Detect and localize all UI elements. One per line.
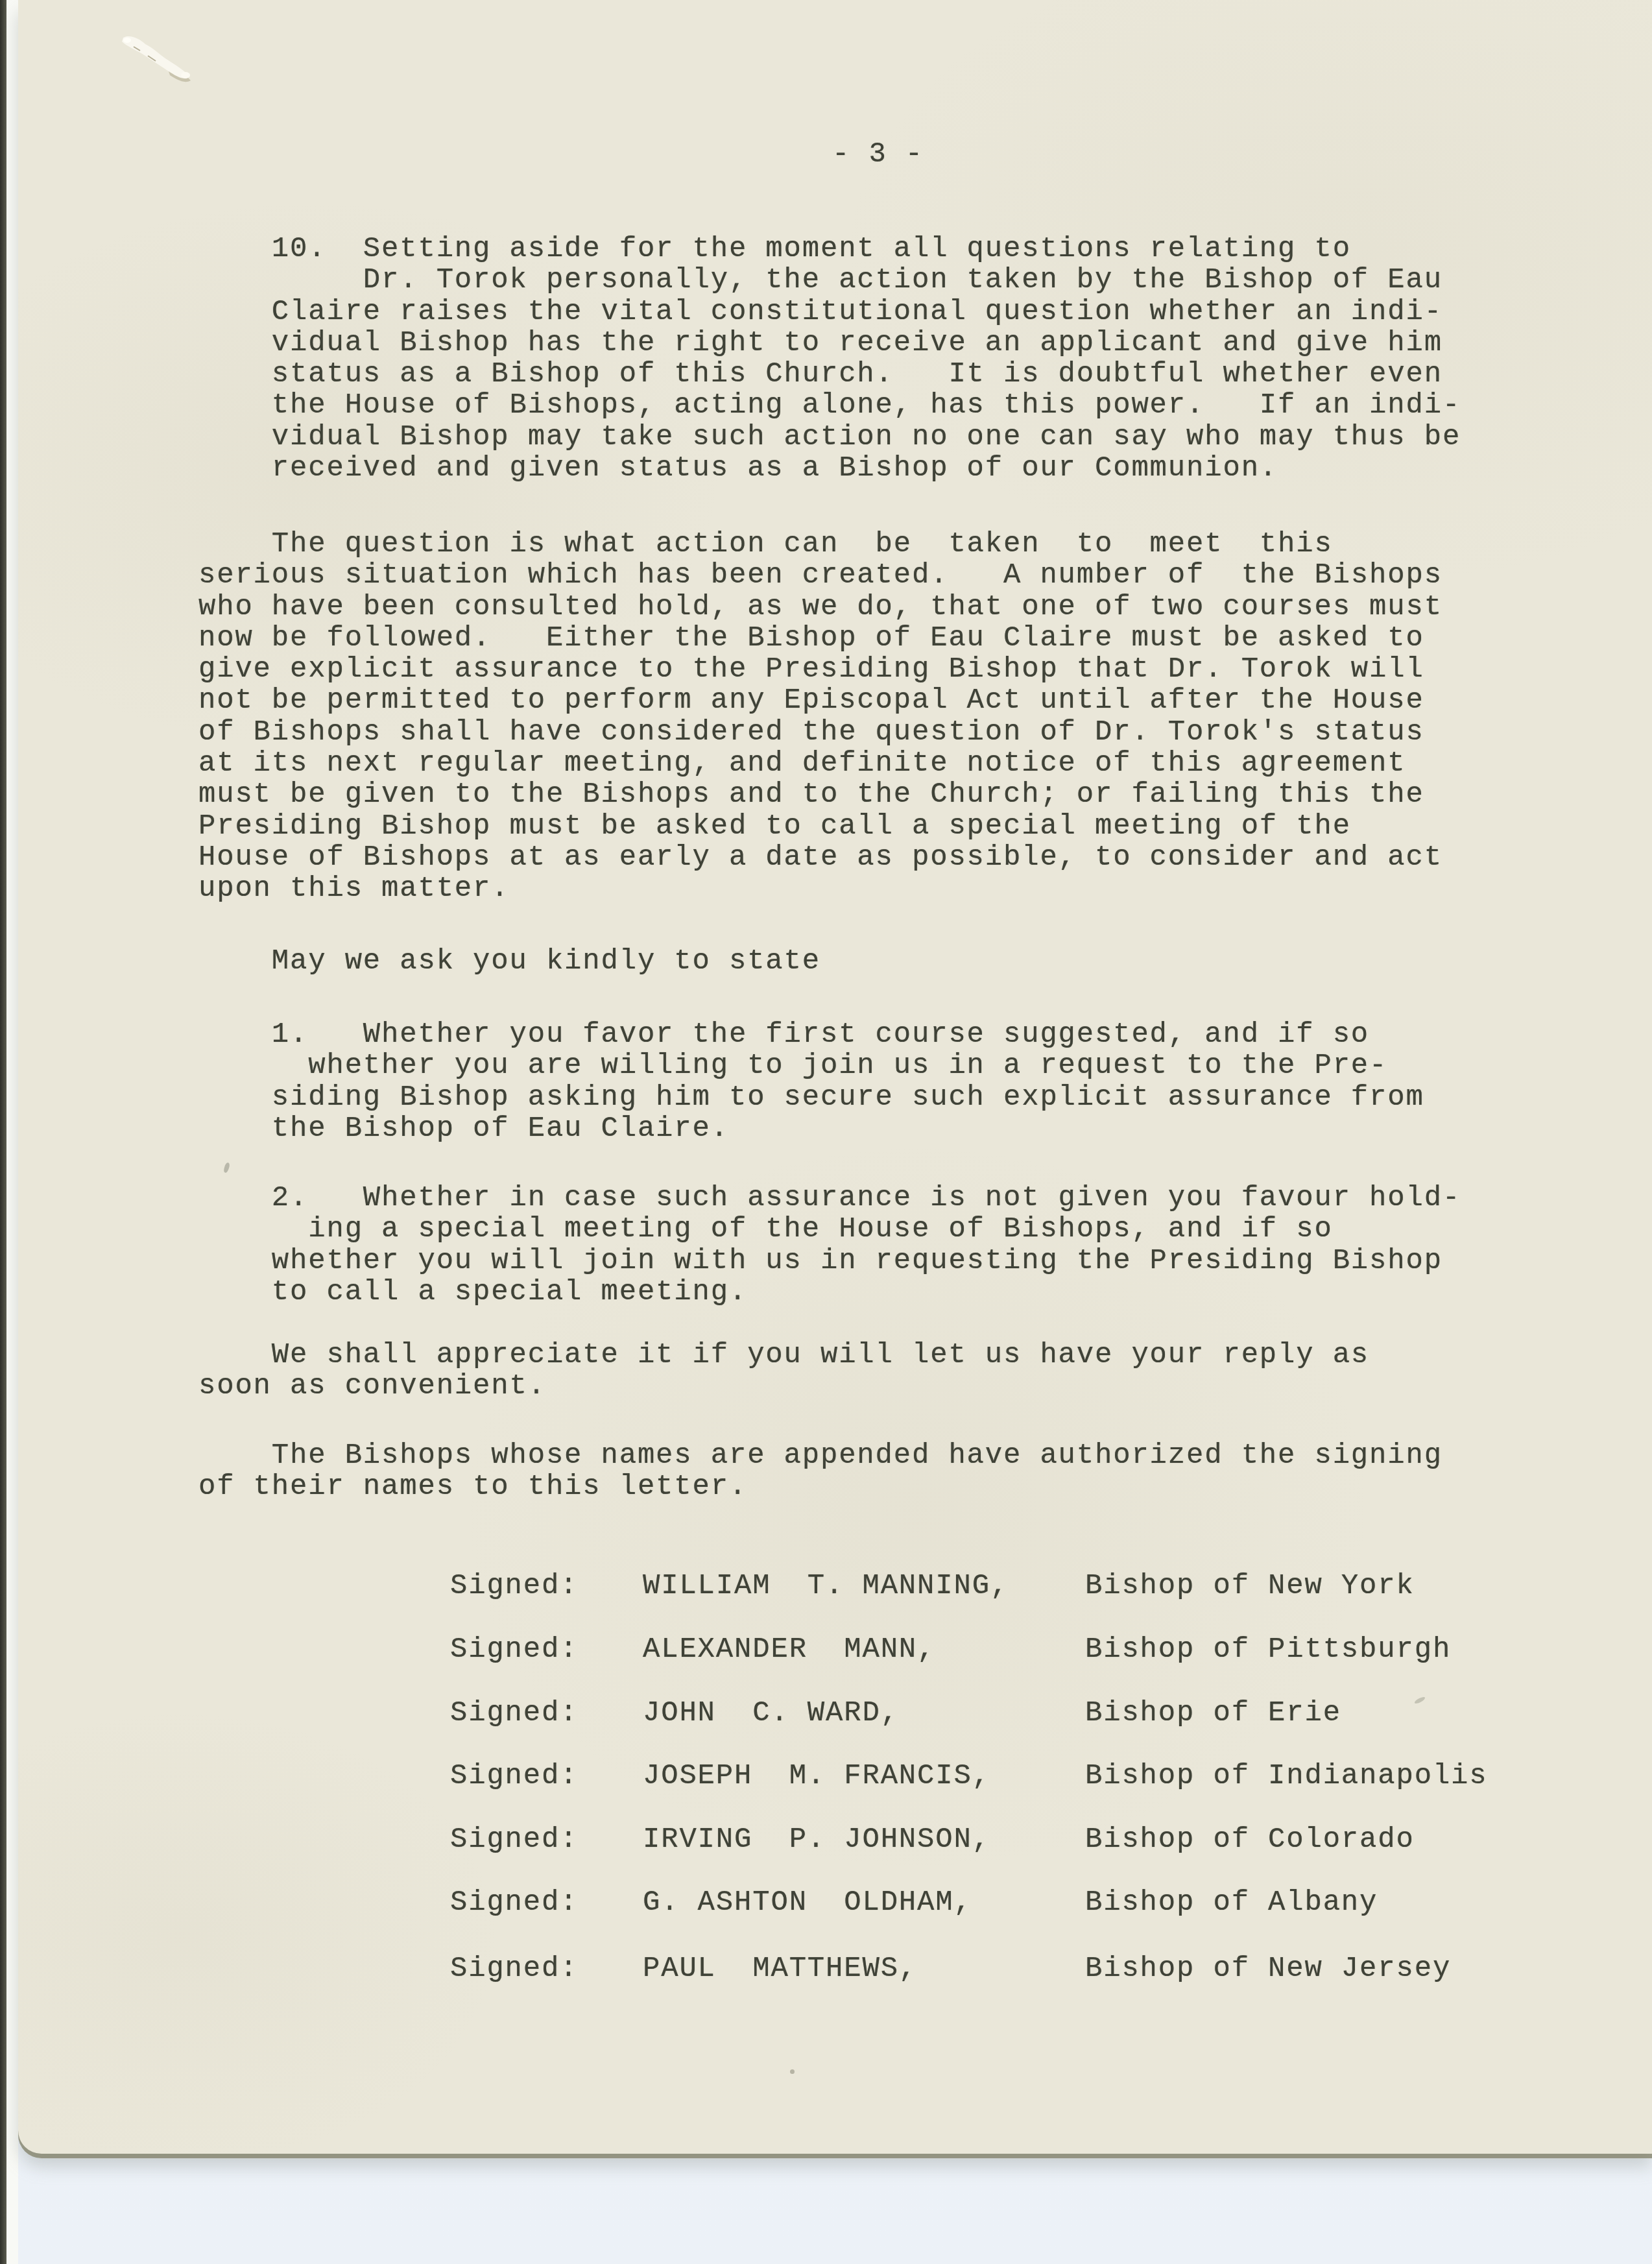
signer-name: JOSEPH M. FRANCIS, [643,1761,990,1792]
line-may-we-ask: May we ask you kindly to state [198,946,820,977]
signature-row: Signed: JOHN C. WARD, Bishop of Erie [18,1698,1652,1730]
scanner-white-edge [6,0,18,2264]
numbered-item-1: 1. Whether you favor the first course su… [198,1019,1424,1144]
paragraph-question: The question is what action can be taken… [198,529,1443,905]
signature-row: Signed: JOSEPH M. FRANCIS, Bishop of Ind… [18,1761,1652,1793]
numbered-item-2: 2. Whether in case such assurance is not… [198,1183,1461,1308]
signer-title: Bishop of New York [1085,1571,1415,1602]
signer-title: Bishop of Colorado [1085,1824,1415,1855]
signer-name: PAUL MATTHEWS, [643,1953,917,1984]
signer-name: WILLIAM T. MANNING, [643,1571,1009,1602]
page-number: - 3 - [832,139,924,170]
scan-speck [790,2069,795,2074]
signature-row: Signed: IRVING P. JOHNSON, Bishop of Col… [18,1824,1652,1857]
signer-title: Bishop of Erie [1085,1698,1341,1729]
letter-page: - 3 - 10. Setting aside for the moment a… [18,0,1652,2154]
paragraph-bishops: The Bishops whose names are appended hav… [198,1440,1443,1503]
signature-row: Signed: PAUL MATTHEWS, Bishop of New Jer… [18,1953,1652,1986]
signer-title: Bishop of Indianapolis [1085,1761,1488,1792]
signed-label: Signed: [450,1698,578,1729]
scanned-letter-screenshot: { "document": { "kind": "typewritten let… [0,0,1652,2264]
signed-label: Signed: [450,1953,578,1984]
signer-title: Bishop of Pittsburgh [1085,1634,1451,1665]
signer-name: G. ASHTON OLDHAM, [643,1887,972,1918]
signer-title: Bishop of New Jersey [1085,1953,1451,1984]
scan-speck [223,1162,231,1173]
signed-label: Signed: [450,1634,578,1665]
scanner-dark-edge [0,0,6,2264]
signature-row: Signed: WILLIAM T. MANNING, Bishop of Ne… [18,1571,1652,1603]
signed-label: Signed: [450,1761,578,1792]
staple-tear-mark [114,32,205,91]
signed-label: Signed: [450,1824,578,1855]
signer-title: Bishop of Albany [1085,1887,1378,1918]
signer-name: IRVING P. JOHNSON, [643,1824,990,1855]
signed-label: Signed: [450,1571,578,1602]
paragraph-10: 10. Setting aside for the moment all que… [198,234,1461,484]
signed-label: Signed: [450,1887,578,1918]
signer-name: JOHN C. WARD, [643,1698,899,1729]
signature-row: Signed: ALEXANDER MANN, Bishop of Pittsb… [18,1634,1652,1667]
signature-row: Signed: G. ASHTON OLDHAM, Bishop of Alba… [18,1887,1652,1920]
paragraph-we-shall: We shall appreciate it if you will let u… [198,1340,1369,1403]
signer-name: ALEXANDER MANN, [643,1634,935,1665]
